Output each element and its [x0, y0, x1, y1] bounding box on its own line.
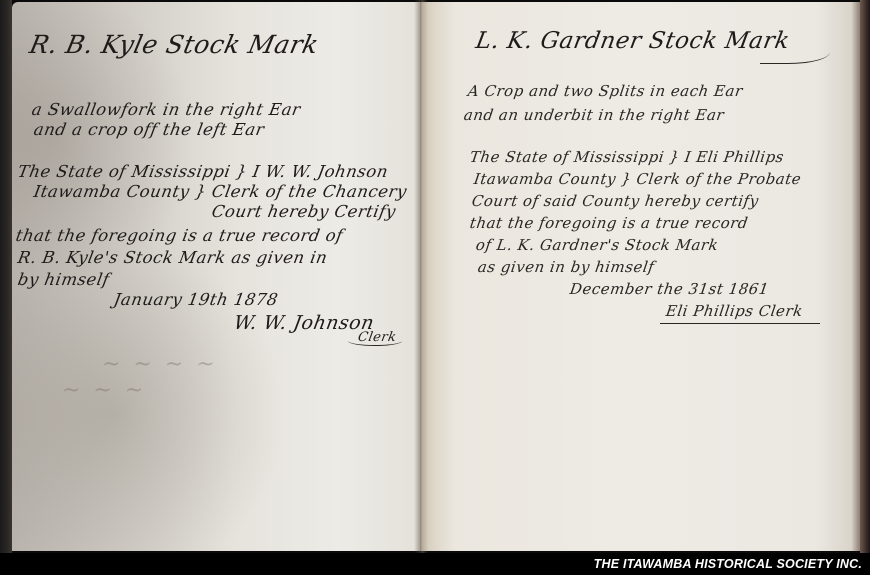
bleed-through-text: ~ ~ ~	[62, 378, 146, 403]
certificate-date: January 19th 1878	[112, 290, 279, 309]
signature-flourish	[348, 336, 402, 346]
signature-underline	[660, 318, 820, 324]
open-ledger-book: ~ ~ ~ ~ ~ ~ ~ R. B. Kyle Stock Mark a Sw…	[0, 0, 870, 553]
mark-description-line: and a crop off the left Ear	[32, 120, 266, 139]
certificate-body-line: as given in by himself	[477, 258, 656, 276]
certificate-state-line: The State of Mississippi } I Eli Phillip…	[469, 148, 785, 166]
certificate-body-line: Court of said County hereby certify	[471, 192, 760, 210]
certificate-date: December the 31st 1861	[569, 280, 770, 298]
title-flourish	[760, 44, 830, 64]
certificate-body-line: that the foregoing is a true record of	[14, 226, 344, 245]
certificate-body-line: of L. K. Gardner's Stock Mark	[475, 236, 720, 254]
book-cover-edge-right	[860, 0, 870, 553]
mark-description-line: and an underbit in the right Ear	[463, 106, 726, 124]
certificate-body-line: by himself	[16, 270, 111, 289]
stock-mark-title: L. K. Gardner Stock Mark	[474, 28, 792, 54]
mark-description-line: a Swallowfork in the right Ear	[30, 100, 302, 119]
certificate-county-line: Itawamba County } Clerk of the Chancery	[32, 182, 408, 201]
bleed-through-text: ~ ~ ~ ~	[102, 352, 218, 377]
certificate-court-line: Court hereby Certify	[210, 202, 397, 221]
stock-mark-title: R. B. Kyle Stock Mark	[27, 30, 322, 59]
right-page: L. K. Gardner Stock Mark A Crop and two …	[420, 2, 860, 551]
certificate-county-line: Itawamba County } Clerk of the Probate	[473, 170, 803, 188]
left-page: ~ ~ ~ ~ ~ ~ ~ R. B. Kyle Stock Mark a Sw…	[12, 2, 420, 551]
book-gutter	[414, 0, 428, 553]
certificate-state-line: The State of Mississippi } I W. W. Johns…	[16, 162, 389, 181]
footer-bar: THE ITAWAMBA HISTORICAL SOCIETY INC.	[0, 553, 870, 575]
mark-description-line: A Crop and two Splits in each Ear	[467, 82, 744, 100]
copyright-credit: THE ITAWAMBA HISTORICAL SOCIETY INC.	[594, 557, 862, 571]
certificate-body-line: that the foregoing is a true record	[469, 214, 750, 232]
certificate-body-line: R. B. Kyle's Stock Mark as given in	[16, 248, 329, 267]
clerk-signature: W. W. Johnson	[232, 312, 376, 334]
book-cover-edge-left	[0, 0, 12, 553]
